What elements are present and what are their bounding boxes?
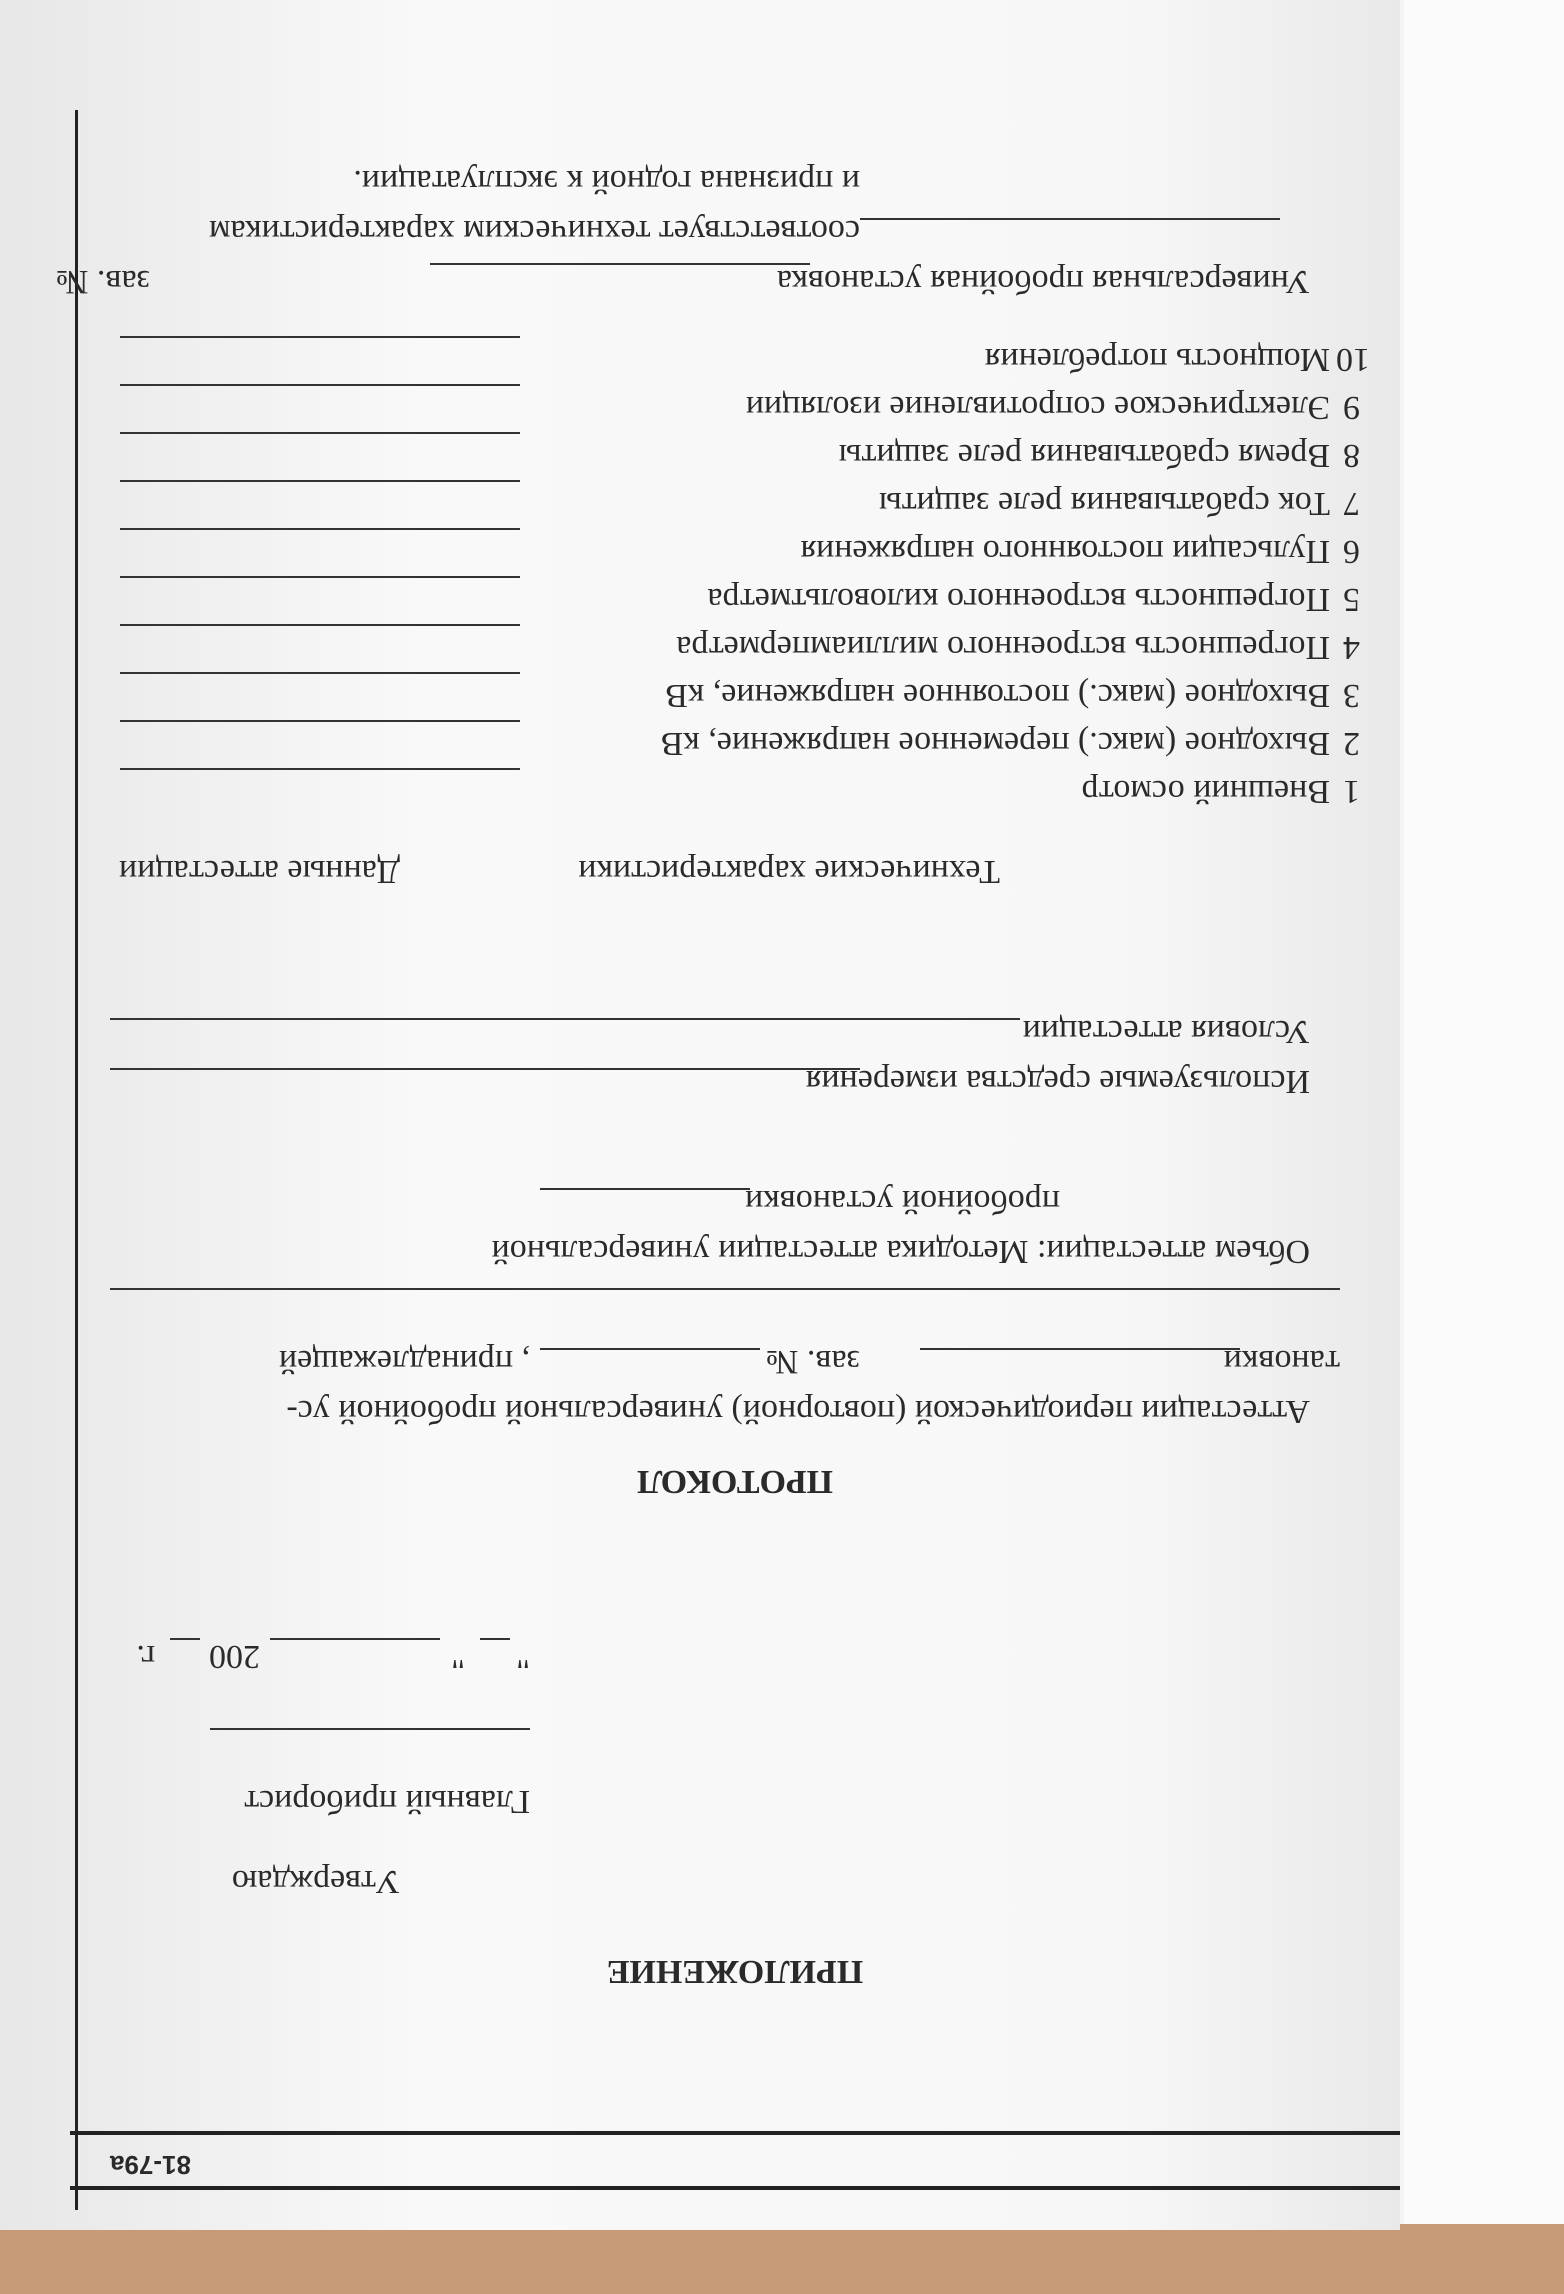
conditions-field-line [110,1018,1020,1020]
serial-field-line [920,1348,1240,1350]
belongs-label: , принадлежащей [279,1342,530,1380]
scope-line-2: пробойной установки [745,1182,1060,1220]
item-value-line [120,480,520,482]
conclusion-line-3: и признана годной к эксплуатации. [353,162,860,200]
item-number: 4 [1343,628,1360,666]
item-number: 2 [1343,724,1360,762]
top-border-line [70,2186,1400,2190]
item-text: Электрическое сопротивление изоляции [746,388,1330,426]
intro-line-1: Аттестации периодической (повторной) уни… [286,1392,1310,1430]
approval-month-line [270,1638,440,1640]
approval-year: 200 [209,1637,260,1675]
approver-position: Главный приборист [244,1782,530,1820]
item-number: 3 [1343,676,1360,714]
serial-number-line [540,1348,760,1350]
conclusion-line-2: соответствует техническим характеристика… [209,212,860,250]
item-text: Время срабатывания реле защиты [839,436,1330,474]
item-number: 10 [1336,340,1370,378]
approver-signature-line [210,1728,530,1730]
approval-date-quote-open: " [516,1637,530,1675]
conclusion-line-1: Универсальная пробойная установка [777,262,1310,300]
top-border-line-2 [70,2131,1400,2135]
approval-year-suffix: г. [136,1637,155,1675]
approval-day-line [480,1638,510,1640]
item-number: 9 [1343,388,1360,426]
instruments-field-line [110,1068,860,1070]
item-text: Погрешность встроенного миллиамперметра [676,628,1330,666]
item-value-line [120,672,520,674]
document-sheet: 81-79а ПРИЛОЖЕНИЕ Утверждаю Главный приб… [0,0,1400,2230]
conclusion-serial-label: зав. № [56,262,150,300]
item-text: Выходное (макс.) переменное напряжение, … [661,724,1330,762]
item-number: 6 [1343,532,1360,570]
item-text: Ток срабатывания реле защиты [879,484,1330,522]
scope-field-line [540,1188,750,1190]
item-number: 7 [1343,484,1360,522]
conclusion-field-line [430,263,810,265]
item-value-line [120,384,520,386]
protocol-title: ПРОТОКОЛ [70,1462,1400,1500]
desk-surface [0,2224,1564,2294]
item-value-line [120,624,520,626]
item-text: Погрешность встроенного киловольтметра [707,580,1330,618]
item-value-line [120,336,520,338]
header-attestation-data: Данные аттестации [119,852,400,890]
conditions-label: Условия аттестации [1023,1012,1310,1050]
intro-line-2-prefix: тановки [1224,1342,1340,1380]
header-characteristics: Технические характеристики [578,852,1000,890]
appendix-heading: ПРИЛОЖЕНИЕ [70,1952,1400,1990]
item-text: Выходное (макс.) постоянное напряжение, … [665,676,1330,714]
owner-field-line [110,1288,1340,1290]
instruments-label: Используемые средства измерения [806,1062,1310,1100]
item-text: Пульсации постоянного напряжения [800,532,1330,570]
approved-label: Утверждаю [232,1862,400,1900]
item-value-line [120,576,520,578]
item-number: 8 [1343,436,1360,474]
item-value-line [120,768,520,770]
serial-label: зав. № [766,1342,860,1380]
approval-year-line [170,1638,200,1640]
item-value-line [120,528,520,530]
approval-date-quote-close: " [451,1637,465,1675]
item-value-line [120,432,520,434]
adjacent-page [1404,0,1564,2230]
scope-line-1: Объем аттестации: Методика аттестации ун… [492,1232,1310,1270]
conclusion-serial-line [860,218,1280,220]
form-code: 81-79а [110,2149,191,2180]
item-text: Внешний осмотр [1081,772,1330,810]
item-text: Мощность потребления [985,340,1330,378]
item-value-line [120,720,520,722]
item-number: 5 [1343,580,1360,618]
item-number: 1 [1343,772,1360,810]
